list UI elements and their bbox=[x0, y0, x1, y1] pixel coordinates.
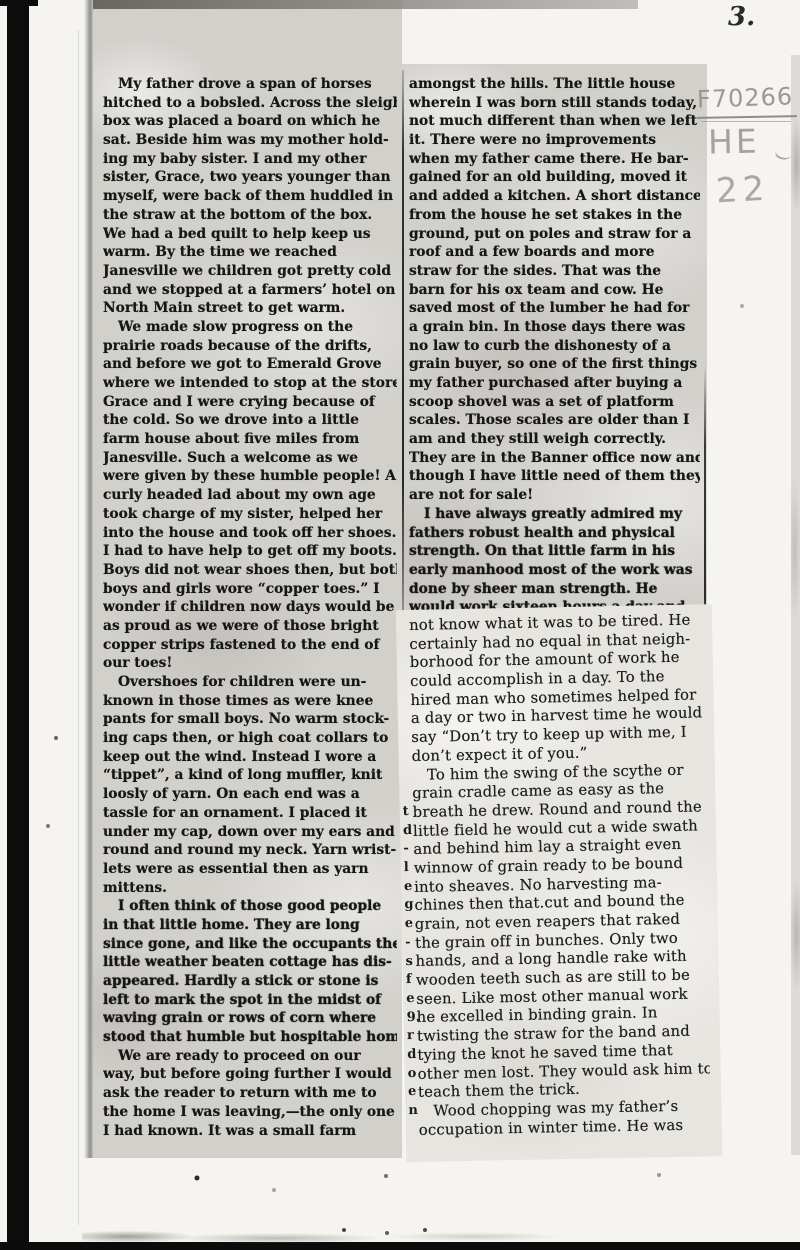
text-line: “tippet”, a kind of long muffler, knit bbox=[103, 766, 397, 785]
text-line: where we intended to stop at the store, bbox=[103, 374, 397, 393]
article-column-2-upper: amongst the hills. The little housewhere… bbox=[409, 75, 700, 617]
text-line: I have always greatly admired my bbox=[409, 505, 700, 524]
text-line: boys and girls wore “copper toes.” I bbox=[103, 580, 397, 599]
text-line: I often think of those good people bbox=[103, 897, 397, 916]
clipping-top-edge-shadow bbox=[93, 0, 638, 9]
text-line: fathers robust health and physical bbox=[409, 524, 700, 543]
text-line: Boys did not wear shoes then, but both bbox=[103, 561, 397, 580]
text-line: no law to curb the dishonesty of a bbox=[409, 337, 700, 356]
text-line: gained for an old building, moved it bbox=[409, 168, 700, 187]
text-line: are not for sale! bbox=[409, 486, 700, 505]
article-column-1: My father drove a span of horseshitched … bbox=[103, 75, 397, 1140]
text-line: from the house he set stakes in the bbox=[409, 206, 700, 225]
text-line: under my cap, down over my ears and bbox=[103, 823, 397, 842]
column-divider-rule bbox=[402, 70, 404, 618]
text-line: Overshoes for children were un- bbox=[103, 673, 397, 692]
text-line: pants for small boys. No warm stock- bbox=[103, 710, 397, 729]
text-line: grain buyer, so one of the first things bbox=[409, 355, 700, 374]
text-line: ing caps then, or high coat collars to bbox=[103, 729, 397, 748]
text-line: North Main street to get warm. bbox=[103, 299, 397, 318]
text-line: keep out the wind. Instead I wore a bbox=[103, 748, 397, 767]
handwritten-archive-code: F70266 bbox=[697, 82, 794, 113]
text-line: since gone, and like the occupants the bbox=[103, 935, 397, 954]
text-line: My father drove a span of horses bbox=[103, 75, 397, 94]
handwritten-page-number: 3. bbox=[728, 2, 755, 32]
text-line: Janesville. Such a welcome as we bbox=[103, 449, 397, 468]
text-line: way, but before going further I would bbox=[103, 1065, 397, 1084]
text-line: wonder if children now days would be bbox=[103, 598, 397, 617]
text-line: my father purchased after buying a bbox=[409, 374, 700, 393]
text-line: box was placed a board on which he bbox=[103, 112, 397, 131]
text-line: They are in the Banner office now and bbox=[409, 449, 700, 468]
text-line: done by sheer man strength. He bbox=[409, 580, 700, 599]
text-line: though I have little need of them they bbox=[409, 467, 700, 486]
text-line: the straw at the bottom of the box. bbox=[103, 206, 397, 225]
text-line: when my father came there. He bar- bbox=[409, 150, 700, 169]
text-line: mittens. bbox=[103, 879, 397, 898]
text-line: and added a kitchen. A short distance bbox=[409, 187, 700, 206]
text-line: Janesville we children got pretty cold bbox=[103, 262, 397, 281]
text-line: hitched to a bobsled. Across the sleigh bbox=[103, 94, 397, 113]
text-line: little weather beaten cottage has dis- bbox=[103, 953, 397, 972]
text-line: as proud as we were of those bright bbox=[103, 617, 397, 636]
scan-specks bbox=[0, 0, 2, 2]
text-line: lets were as essential then as yarn bbox=[103, 860, 397, 879]
text-line: early manhood most of the work was bbox=[409, 561, 700, 580]
scan-bottom-mottling bbox=[82, 1227, 642, 1243]
text-line: took charge of my sister, helped her bbox=[103, 505, 397, 524]
text-line: the home I was leaving,—the only one bbox=[103, 1103, 397, 1122]
clipping-piece-column-2-lower: td-lege-sfe9.rdoen not know what it was … bbox=[396, 604, 723, 1162]
handwritten-letters: HE bbox=[708, 122, 760, 162]
scan-edge-bottom-bar bbox=[0, 1242, 800, 1250]
text-line: tassle for an ornament. I placed it bbox=[103, 804, 397, 823]
text-line: our toes! bbox=[103, 654, 397, 673]
text-line: loosly of yarn. On each end was a bbox=[103, 785, 397, 804]
text-line: barn for his ox team and cow. He bbox=[409, 281, 700, 300]
scan-edge-right-shading bbox=[791, 55, 800, 1155]
text-line: saved most of the lumber he had for bbox=[409, 299, 700, 318]
text-line: strength. On that little farm in his bbox=[409, 542, 700, 561]
text-line: were given by these humble people! A bbox=[103, 467, 397, 486]
text-line: in that little home. They are long bbox=[103, 916, 397, 935]
text-line: ask the reader to return with me to bbox=[103, 1084, 397, 1103]
text-line: waving grain or rows of corn where bbox=[103, 1009, 397, 1028]
text-line: We made slow progress on the bbox=[103, 318, 397, 337]
page-crease-line bbox=[78, 30, 79, 1225]
text-line: We had a bed quilt to help keep us bbox=[103, 225, 397, 244]
text-line: curly headed lad about my own age bbox=[103, 486, 397, 505]
text-line: sat. Beside him was my mother hold- bbox=[103, 131, 397, 150]
text-line: sister, Grace, two years younger than bbox=[103, 168, 397, 187]
text-line: straw for the sides. That was the bbox=[409, 262, 700, 281]
text-line: it. There were no improvements bbox=[409, 131, 700, 150]
text-line: left to mark the spot in the midst of bbox=[103, 991, 397, 1010]
text-line: farm house about five miles from bbox=[103, 430, 397, 449]
text-line: and before we got to Emerald Grove bbox=[103, 355, 397, 374]
text-line: appeared. Hardly a stick or stone is bbox=[103, 972, 397, 991]
text-line: Grace and I were crying because of bbox=[103, 393, 397, 412]
archive-code-underline bbox=[697, 115, 797, 119]
text-line: amongst the hills. The little house bbox=[409, 75, 700, 94]
text-line: the cold. So we drove into a little bbox=[103, 411, 397, 430]
scanned-scrapbook-page: My father drove a span of horseshitched … bbox=[0, 0, 800, 1250]
text-line: ground, put on poles and straw for a bbox=[409, 225, 700, 244]
text-line: We are ready to proceed on our bbox=[103, 1047, 397, 1066]
text-line: warm. By the time we reached bbox=[103, 243, 397, 262]
text-line: and we stopped at a farmers’ hotel on bbox=[103, 281, 397, 300]
text-line: I had known. It was a small farm bbox=[103, 1122, 397, 1141]
text-line: roof and a few boards and more bbox=[409, 243, 700, 262]
scan-edge-top-corner bbox=[0, 0, 38, 6]
handwritten-number: 22 bbox=[715, 169, 770, 212]
text-line: I had to have help to get off my boots. bbox=[103, 542, 397, 561]
text-line: ing my baby sister. I and my other bbox=[103, 150, 397, 169]
text-line: am and they still weigh correctly. bbox=[409, 430, 700, 449]
text-line: copper strips fastened to the end of bbox=[103, 636, 397, 655]
scan-edge-left-bar bbox=[7, 0, 29, 1250]
text-line: round and round my neck. Yarn wrist- bbox=[103, 841, 397, 860]
text-line: a grain bin. In those days there was bbox=[409, 318, 700, 337]
article-column-2-lower: not know what it was to be tired. Hecert… bbox=[409, 611, 711, 1140]
text-line: known in those times as were knee bbox=[103, 692, 397, 711]
text-line: myself, were back of them huddled in bbox=[103, 187, 397, 206]
text-line: wherein I was born still stands today, bbox=[409, 94, 700, 113]
text-line: not much different than when we left bbox=[409, 112, 700, 131]
text-line: scoop shovel was a set of platform bbox=[409, 393, 700, 412]
text-line: prairie roads because of the drifts, bbox=[103, 337, 397, 356]
text-line: scales. Those scales are older than I bbox=[409, 411, 700, 430]
text-line: stood that humble but hospitable home. bbox=[103, 1028, 397, 1047]
text-line: into the house and took off her shoes. bbox=[103, 524, 397, 543]
